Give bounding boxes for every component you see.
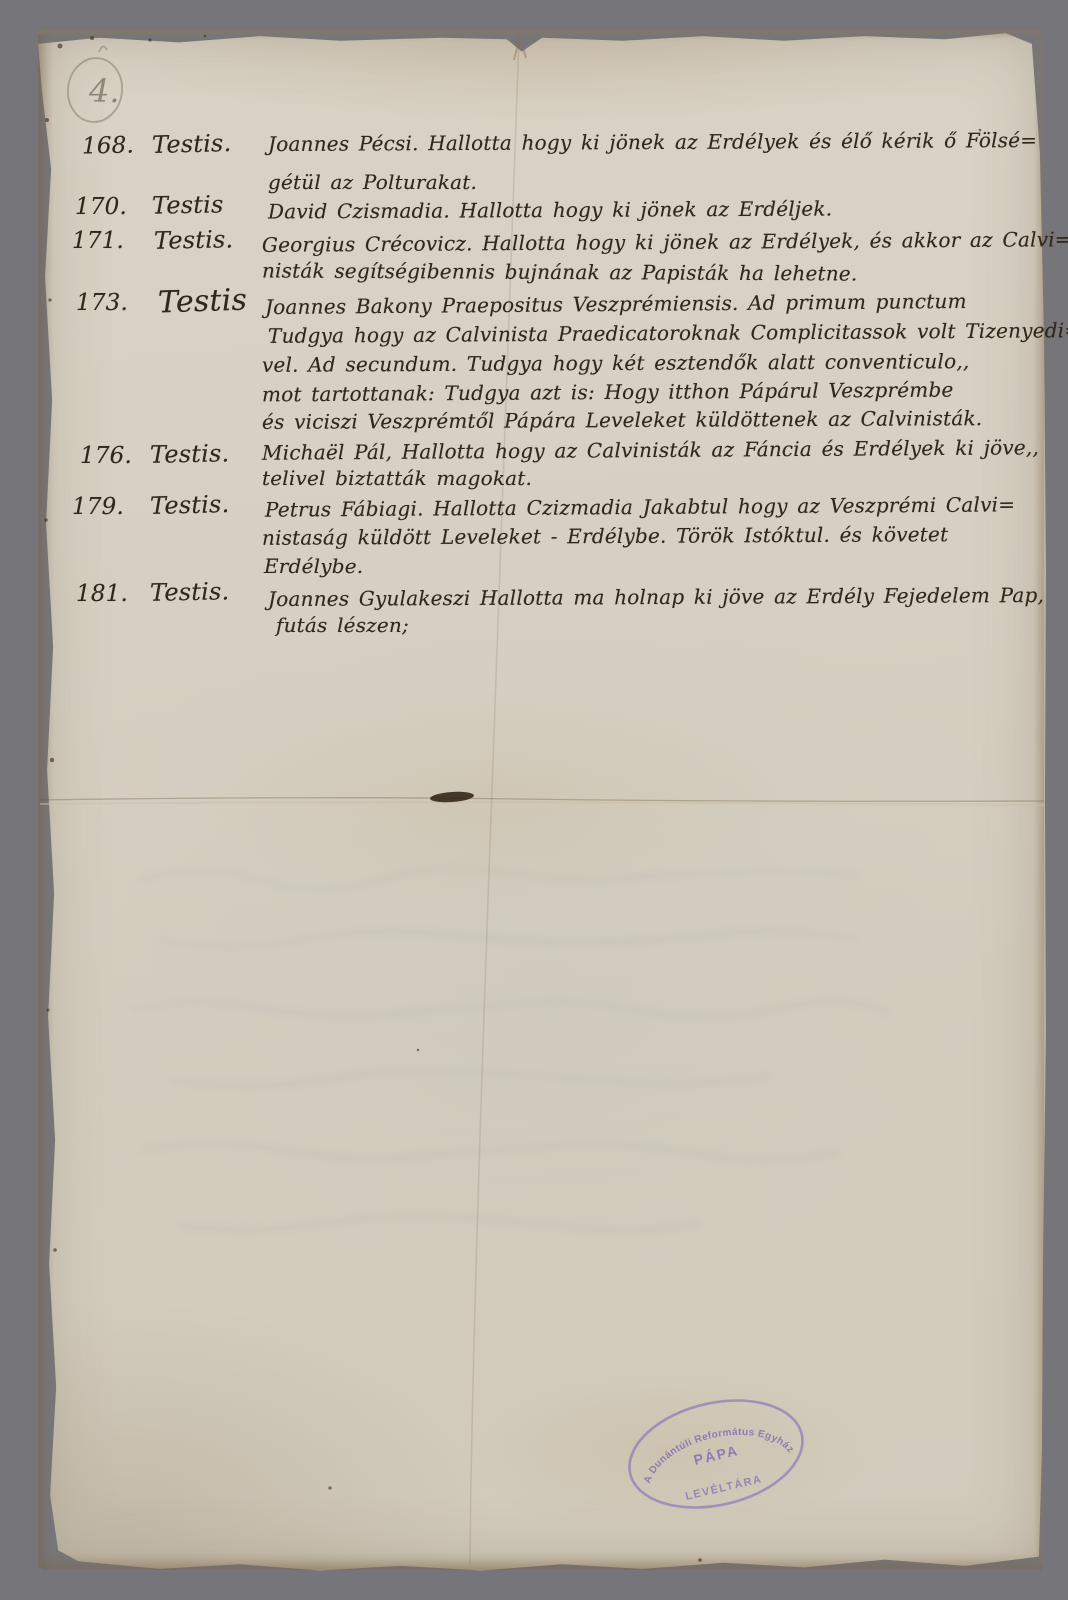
entry-line: Erdélybe. xyxy=(264,554,363,578)
stamp-bottom-text: LEVÉLTÁRA xyxy=(684,1472,764,1502)
entry-label: Testis xyxy=(152,190,224,219)
show-through xyxy=(130,868,890,1230)
entry-line: gétül az Polturakat. xyxy=(268,170,477,194)
entry-line: nistaság küldött Leveleket - Erdélybe. T… xyxy=(262,522,948,550)
entry-line: futás lészen; xyxy=(276,613,409,637)
entry-line: Joannes Gyulakeszi Hallotta ma holnap ki… xyxy=(268,583,1044,611)
entry-label: Testis. xyxy=(150,577,230,606)
entry-line: David Czismadia. Hallotta hogy ki jönek … xyxy=(268,197,832,224)
entry-number: 173. xyxy=(76,290,128,316)
entry-number: 168. xyxy=(82,133,134,160)
entry-label: Testis. xyxy=(152,129,232,159)
entry-number: 181. xyxy=(76,581,128,607)
entry-line: mot tartottanak: Tudgya azt is: Hogy itt… xyxy=(262,378,954,407)
stamp-center-text: PÁPA xyxy=(692,1442,740,1468)
entry-line: nisták segítségibennis bujnának az Papis… xyxy=(262,258,858,285)
entry-label: Testis. xyxy=(154,225,234,254)
entry-line: telivel biztatták magokat. xyxy=(262,466,532,490)
pencil-page-number: 4. xyxy=(88,72,120,110)
entry-line: és viciszi Veszprémtől Pápára Leveleket … xyxy=(262,406,982,434)
entry-number: 176. xyxy=(80,443,132,469)
entry-line: vel. Ad secundum. Tudgya hogy két eszten… xyxy=(262,349,970,377)
document-scan: 4. 168. Testis. 170. Testis 171. Testis.… xyxy=(0,0,1068,1600)
pencil-page-number-circle: 4. xyxy=(45,38,155,148)
entry-number: 171. xyxy=(72,228,124,254)
entry-line: Joannes Pécsi. Hallotta hogy ki jönek az… xyxy=(268,128,1037,156)
entry-label: Testis. xyxy=(150,490,230,520)
fold-crease-horizontal xyxy=(40,798,1044,805)
entry-number: 179. xyxy=(72,494,124,520)
entry-number: 170. xyxy=(75,194,127,220)
entry-label: Testis. xyxy=(150,439,230,468)
archive-stamp: A Dunántúli Református Egyházkerület PÁP… xyxy=(596,1382,836,1532)
entry-label: Testis xyxy=(157,282,247,320)
